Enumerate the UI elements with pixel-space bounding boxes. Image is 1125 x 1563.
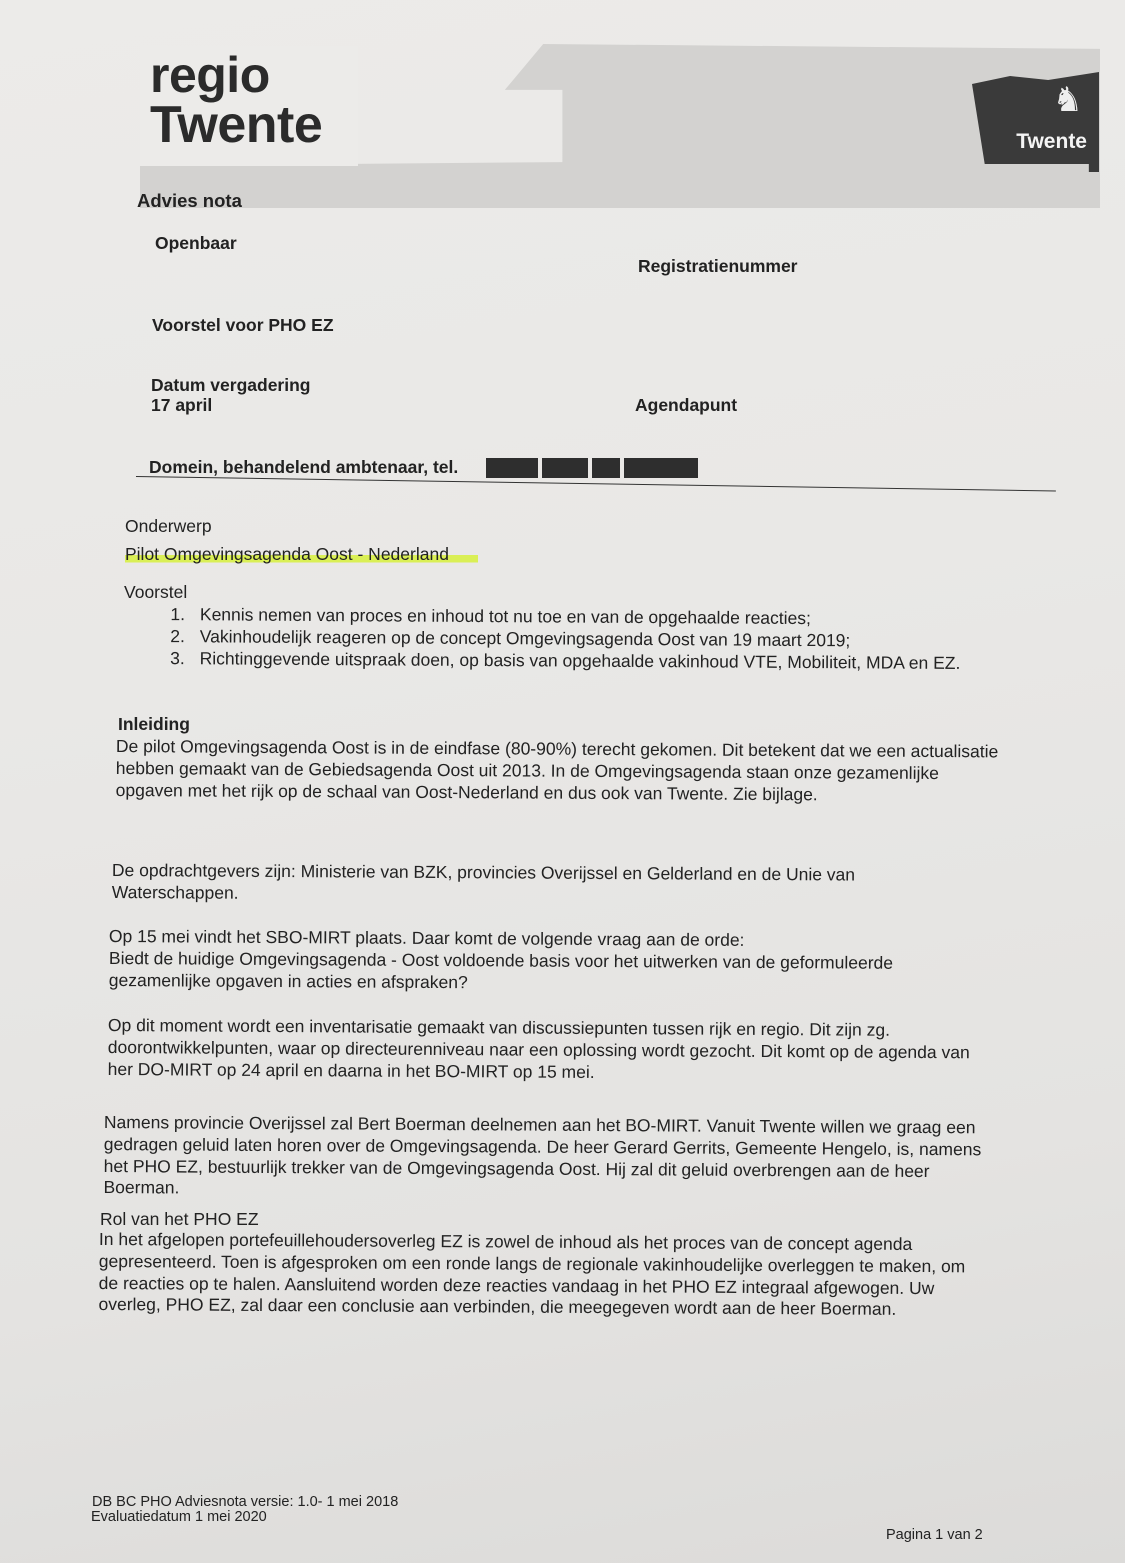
contact-label: Domein, behandelend ambtenaar, tel. <box>149 457 458 477</box>
page-number: Pagina 1 van 2 <box>886 1527 983 1544</box>
redacted-block <box>624 458 698 478</box>
twente-flag-logo: ♞ Twente <box>972 72 1099 172</box>
proposal-list: Kennis nemen van proces en inhoud tot nu… <box>150 604 1000 675</box>
intro-paragraph-2: De opdrachtgevers zijn: Ministerie van B… <box>112 860 952 909</box>
proposal-for: Voorstel voor PHO EZ <box>152 315 334 336</box>
meeting-date-label: Datum vergadering <box>151 375 310 396</box>
intro-paragraph-4: Op dit moment wordt een inventarisatie g… <box>108 1015 998 1086</box>
redacted-block <box>542 458 588 478</box>
intro-paragraph-5: Namens provincie Overijssel zal Bert Boe… <box>103 1112 1004 1205</box>
footer-evaluation: Evaluatiedatum 1 mei 2020 <box>91 1509 267 1526</box>
regio-twente-logo: regio Twente <box>150 50 322 150</box>
brand-line-1: regio <box>150 50 322 100</box>
rearing-horse-icon: ♞ <box>1053 80 1083 120</box>
contact-row: Domein, behandelend ambtenaar, tel. <box>149 457 702 478</box>
classification: Openbaar <box>155 233 237 254</box>
subject-text: Pilot Omgevingsagenda Oost - Nederland <box>125 544 449 564</box>
meeting-date: 17 april <box>151 395 212 416</box>
subject-label: Onderwerp <box>125 516 212 537</box>
intro-label: Inleiding <box>118 714 190 735</box>
flag-wordmark: Twente <box>1016 130 1087 154</box>
redacted-block <box>486 458 538 478</box>
role-paragraph: In het afgelopen portefeuillehoudersover… <box>98 1229 989 1322</box>
subject-value: Pilot Omgevingsagenda Oost - Nederland <box>125 544 478 565</box>
intro-paragraph-1: De pilot Omgevingsagenda Oost is in de e… <box>116 736 1001 807</box>
agenda-item-label: Agendapunt <box>635 395 737 416</box>
registration-label: Registratienummer <box>638 256 798 277</box>
brand-line-2: Twente <box>150 100 322 150</box>
redacted-block <box>592 458 620 478</box>
proposal-item: Richtinggevende uitspraak doen, op basis… <box>190 648 1000 675</box>
role-label: Rol van het PHO EZ <box>100 1209 259 1230</box>
doc-type: Advies nota <box>137 190 242 211</box>
proposal-label: Voorstel <box>124 582 187 603</box>
intro-question: Biedt de huidige Omgevingsagenda - Oost … <box>109 948 999 997</box>
